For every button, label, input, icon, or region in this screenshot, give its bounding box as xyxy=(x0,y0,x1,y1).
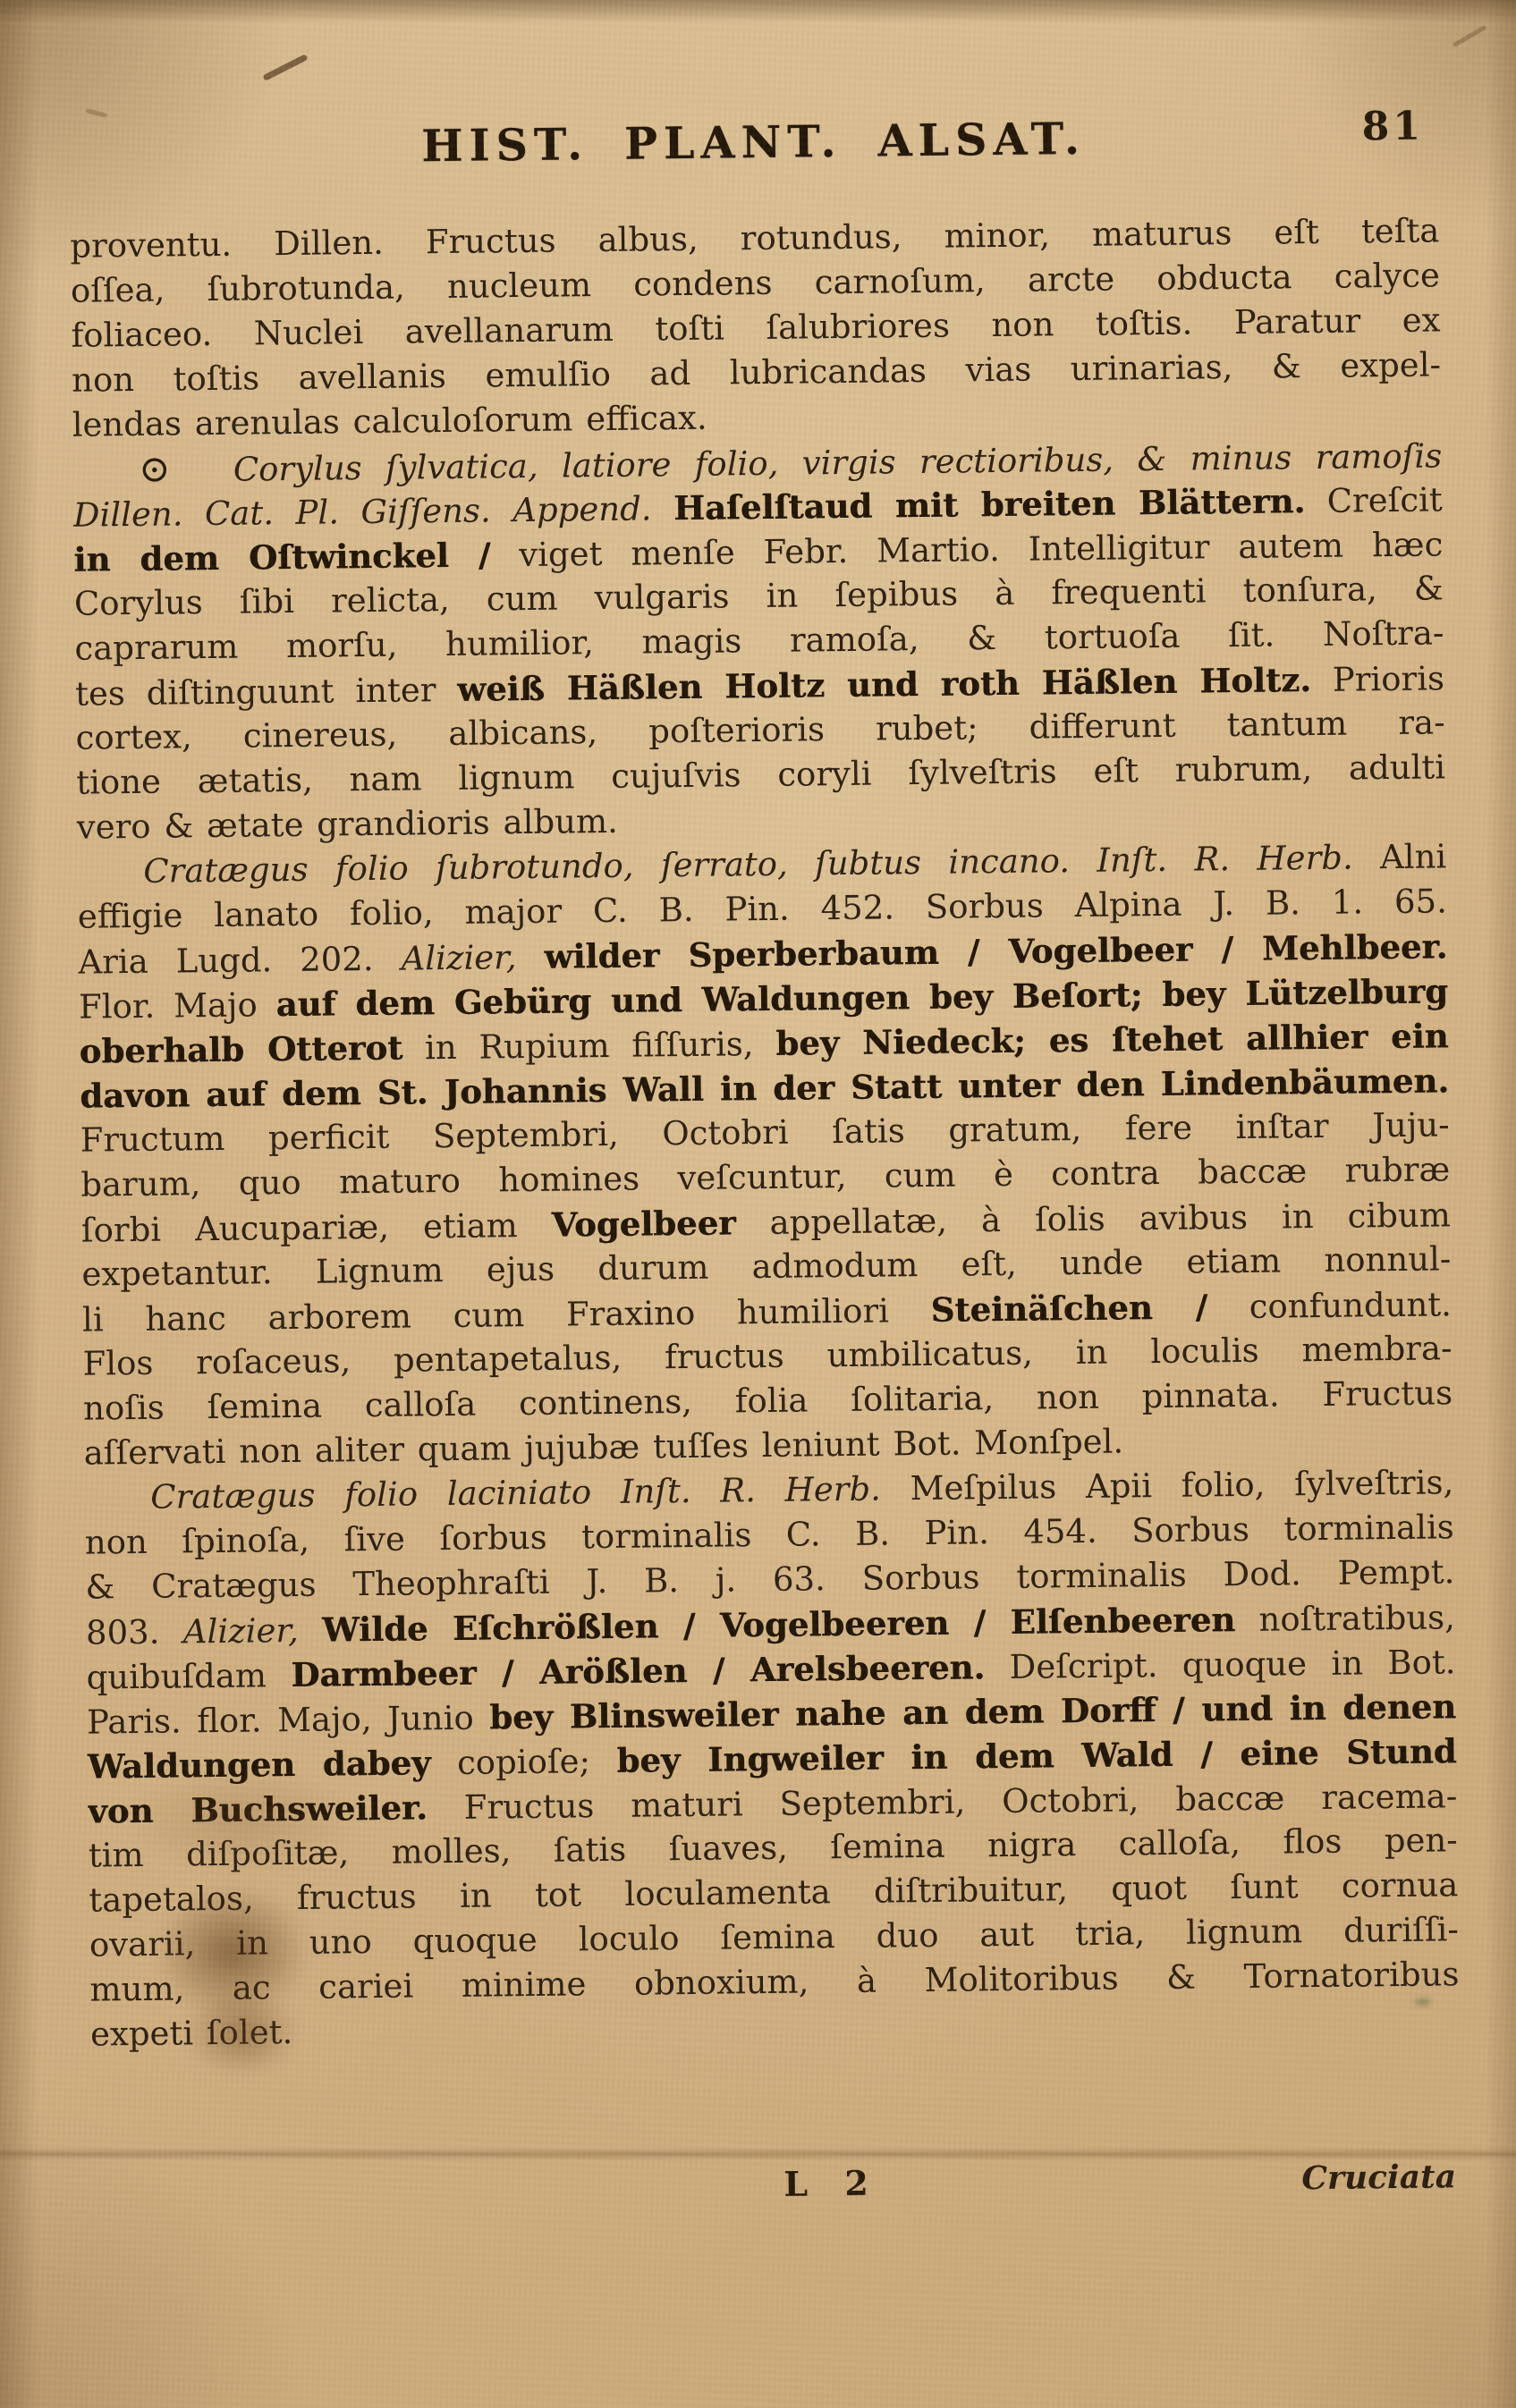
text-segment-roman: quibuſdam xyxy=(86,1656,267,1696)
page-content: HIST. PLANT. ALSAT. 81 proventu. Dillen.… xyxy=(67,0,1461,2226)
text-segment-fraktur: Waldungen dabey xyxy=(87,1743,430,1786)
text-segment-roman: Alni xyxy=(1380,837,1447,876)
text-segment-fraktur: Steinäſchen / xyxy=(930,1287,1207,1330)
page-body: proventu. Dillen. Fructus albus, rotundu… xyxy=(70,208,1460,2057)
text-segment-italic: Cratægus folio laciniato Inſt. R. Herb. xyxy=(150,1470,881,1517)
text-segment-roman: Aria Lugd. 202. xyxy=(78,940,374,982)
running-head: HIST. PLANT. ALSAT. 81 xyxy=(69,108,1439,190)
text-segment-roman: Prioris xyxy=(1333,659,1445,698)
text-segment-roman: li hanc arborem cum Fraxino humiliori xyxy=(82,1291,889,1339)
text-segment-fraktur: wilder Sperberbaum / Vogelbeer / Mehlbee… xyxy=(544,926,1447,976)
text-segment-roman: Flor. Majo xyxy=(79,985,258,1026)
page-number: 81 xyxy=(1361,104,1424,150)
text-segment-roman: Deſcript. quoque in Bot. xyxy=(1009,1643,1455,1686)
text-segment-italic: Alizier, xyxy=(401,938,516,977)
book-page-scan: HIST. PLANT. ALSAT. 81 proventu. Dillen.… xyxy=(0,0,1516,2408)
text-segment-roman: lendas arenulas calculoſorum efficax. xyxy=(72,399,707,444)
text-segment-roman: copioſe; xyxy=(457,1742,590,1782)
text-segment-fraktur: bey Ingweiler in dem Wald / eine Stund xyxy=(616,1731,1457,1780)
pen-mark xyxy=(1452,25,1487,47)
text-segment-roman: Creſcit xyxy=(1326,480,1442,520)
text-segment-fraktur: Wilde Eſchrößlen / Vogelbeeren / Elſenbe… xyxy=(322,1600,1236,1650)
text-segment-roman: noſtratibus, xyxy=(1258,1598,1455,1638)
text-segment-fraktur: bey Blinsweiler nahe an dem Dorff / und … xyxy=(489,1686,1456,1736)
page-footer: L 2 Cruciata xyxy=(92,2156,1462,2225)
text-segment-fraktur: Haſelſtaud mit breiten Blättern. xyxy=(673,481,1306,528)
text-segment-italic: Dillen. Cat. Pl. Giſſens. Append. xyxy=(73,489,652,534)
text-segment-fraktur: von Buchsweiler. xyxy=(88,1787,428,1830)
text-segment-fraktur: Darmbeer / Arößlen / Arelsbeeren. xyxy=(291,1647,985,1694)
text-segment-roman: expeti ſolet. xyxy=(90,2013,293,2054)
text-segment-fraktur: weiß Häßlen Holtz und roth Häßlen Holtz. xyxy=(457,660,1311,709)
catchword: Cruciata xyxy=(1301,2158,1456,2197)
text-segment-roman: 803. xyxy=(86,1613,160,1652)
observation-mark-icon: ⊙ xyxy=(139,446,171,490)
text-segment-fraktur: oberhalb Otterot xyxy=(79,1028,402,1071)
text-segment-roman: confundunt. xyxy=(1249,1285,1452,1326)
text-segment-roman: vero & ætate grandioris album. xyxy=(77,802,618,847)
text-segment-roman: Paris. flor. Majo, Junio xyxy=(87,1699,474,1742)
text-segment-roman: tes diſtinguunt inter xyxy=(75,671,436,714)
text-segment-roman: viget menſe Febr. Martio. Intelligitur a… xyxy=(519,525,1444,574)
text-segment-italic: Alizier, xyxy=(183,1611,299,1651)
text-segment-roman: Meſpilus Apii folio, ſylveſtris, xyxy=(910,1463,1453,1508)
text-segment-roman: appellatæ, à ſolis avibus in cibum xyxy=(769,1196,1451,1242)
text-segment-roman: ſorbi Aucupariæ, etiam xyxy=(81,1206,518,1250)
text-segment-fraktur: in dem Oſtwinckel / xyxy=(73,535,490,579)
signature-mark: L 2 xyxy=(783,2163,881,2204)
text-segment-roman: aſſervati non aliter quam jujubæ tuſſes … xyxy=(83,1422,1123,1472)
page-title: HIST. PLANT. ALSAT. xyxy=(69,108,1439,175)
text-segment-fraktur: Vogelbeer xyxy=(551,1203,735,1244)
text-segment-roman: in Rupium fiſſuris, xyxy=(425,1025,754,1067)
